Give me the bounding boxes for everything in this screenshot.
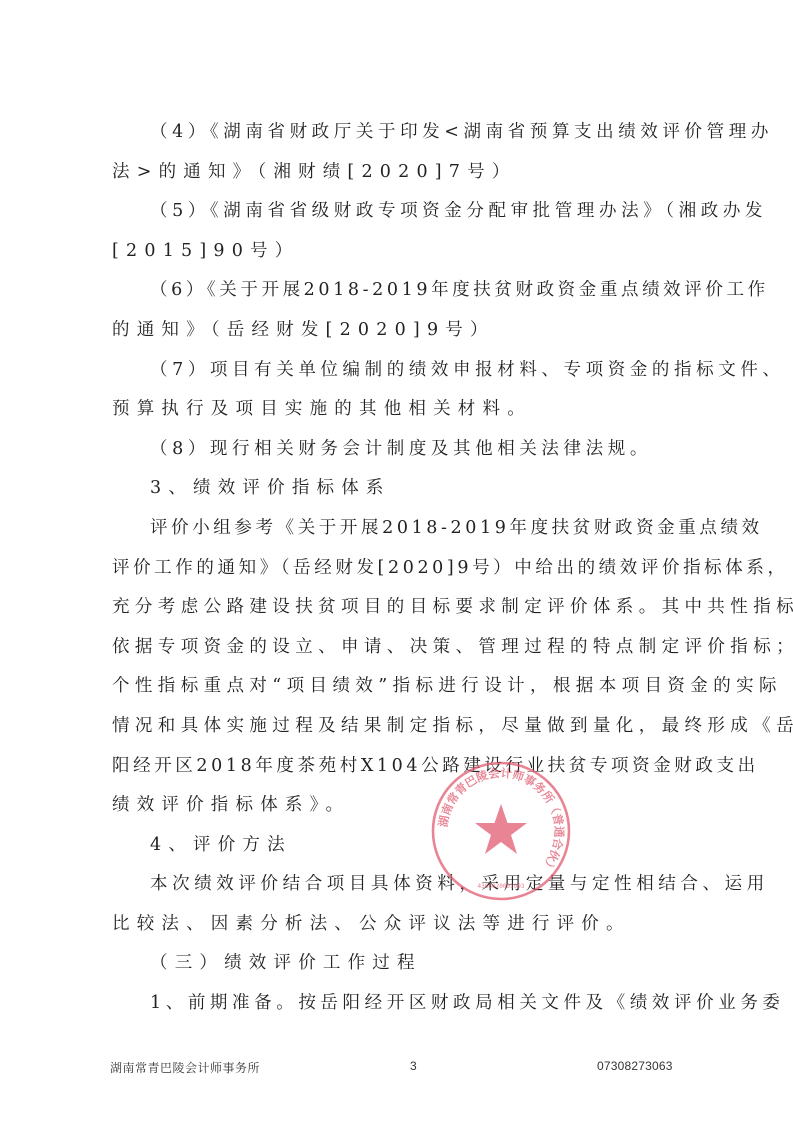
- document-body: （4）《湖南省财政厅关于印发<湖南省预算支出绩效评价管理办 法>的通知》（湘财绩…: [112, 113, 684, 1024]
- text-line: 依据专项资金的设立、申请、决策、管理过程的特点制定评价指标；: [112, 628, 684, 668]
- text-line: （8）现行相关财务会计制度及其他相关法律法规。: [112, 430, 684, 470]
- text-line: 评价小组参考《关于开展2018-2019年度扶贫财政资金重点绩效: [112, 509, 684, 549]
- text-line: 本次绩效评价结合项目具体资料，采用定量与定性相结合、运用: [112, 865, 684, 905]
- text-line: 阳经开区2018年度茶苑村X104公路建设行业扶贫专项资金财政支出: [112, 747, 684, 787]
- text-line: 情况和具体实施过程及结果制定指标，尽量做到量化，最终形成《岳: [112, 707, 684, 747]
- section-heading: 4、评价方法: [112, 826, 684, 866]
- text-line: [2015]90号）: [112, 232, 684, 272]
- text-line: 1、前期准备。按岳阳经开区财政局相关文件及《绩效评价业务委: [112, 984, 684, 1024]
- footer-phone: 07308273063: [597, 1059, 673, 1073]
- text-line: （4）《湖南省财政厅关于印发<湖南省预算支出绩效评价管理办: [112, 113, 684, 153]
- text-line: 绩效评价指标体系》。: [112, 786, 684, 826]
- text-line: 充分考虑公路建设扶贫项目的目标要求制定评价体系。其中共性指标: [112, 588, 684, 628]
- page-number: 3: [410, 1059, 417, 1073]
- text-line: 法>的通知》（湘财绩[2020]7号）: [112, 153, 684, 193]
- footer-firm-name: 湖南常青巴陵会计师事务所: [110, 1059, 260, 1076]
- text-line: （6）《关于开展2018-2019年度扶贫财政资金重点绩效评价工作: [112, 271, 684, 311]
- text-line: 预算执行及项目实施的其他相关材料。: [112, 390, 684, 430]
- text-line: 评价工作的通知》（岳经财发[2020]9号）中给出的绩效评价指标体系，: [112, 549, 684, 589]
- text-line: （7）项目有关单位编制的绩效申报材料、专项资金的指标文件、: [112, 351, 684, 391]
- text-line: 个性指标重点对“项目绩效”指标进行设计，根据本项目资金的实际: [112, 667, 684, 707]
- document-page: （4）《湖南省财政厅关于印发<湖南省预算支出绩效评价管理办 法>的通知》（湘财绩…: [0, 0, 793, 1121]
- text-line: 的通知》（岳经财发[2020]9号）: [112, 311, 684, 351]
- section-heading: 3、绩效评价指标体系: [112, 469, 684, 509]
- text-line: （5）《湖南省省级财政专项资金分配审批管理办法》（湘政办发: [112, 192, 684, 232]
- section-heading: （三）绩效评价工作过程: [112, 944, 684, 984]
- text-line: 比较法、因素分析法、公众评议法等进行评价。: [112, 905, 684, 945]
- page-footer: 湖南常青巴陵会计师事务所 3 07308273063: [0, 1057, 793, 1077]
